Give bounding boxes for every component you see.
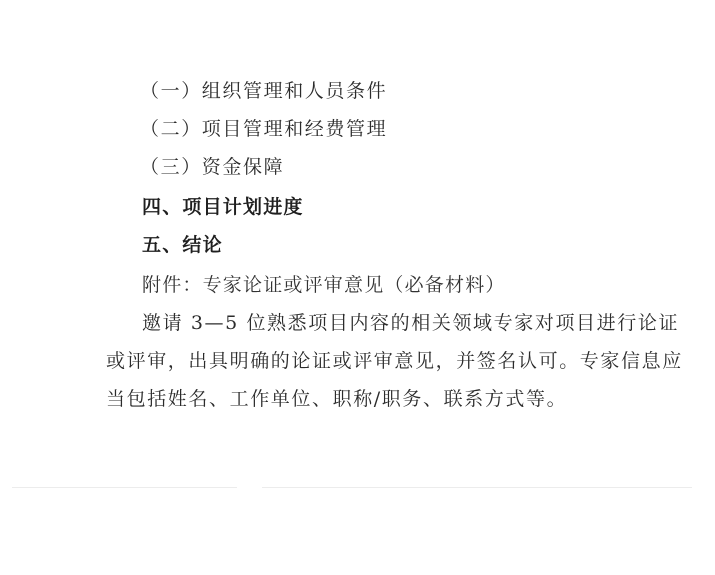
paragraph-line-1: 邀请 3—5 位熟悉项目内容的相关领域专家对项目进行论证 [142, 311, 679, 335]
paragraph-line-3: 当包括姓名、工作单位、职称/职务、联系方式等。 [106, 387, 567, 411]
subsection-project-funding-management: （二）项目管理和经费管理 [140, 117, 387, 141]
section-project-schedule: 四、项目计划进度 [142, 195, 304, 219]
subsection-funding-guarantee: （三）资金保障 [140, 155, 284, 179]
subsection-organization-personnel: （一）组织管理和人员条件 [140, 79, 387, 103]
section-conclusion: 五、结论 [142, 233, 223, 257]
paragraph-line-2: 或评审，出具明确的论证或评审意见，并签名认可。专家信息应 [106, 349, 683, 373]
attachment-label: 附件：专家论证或评审意见（必备材料） [142, 273, 506, 297]
page-edge-divider-right [262, 487, 692, 488]
page-edge-divider-left [12, 487, 237, 488]
document-page: （一）组织管理和人员条件 （二）项目管理和经费管理 （三）资金保障 四、项目计划… [0, 0, 715, 575]
